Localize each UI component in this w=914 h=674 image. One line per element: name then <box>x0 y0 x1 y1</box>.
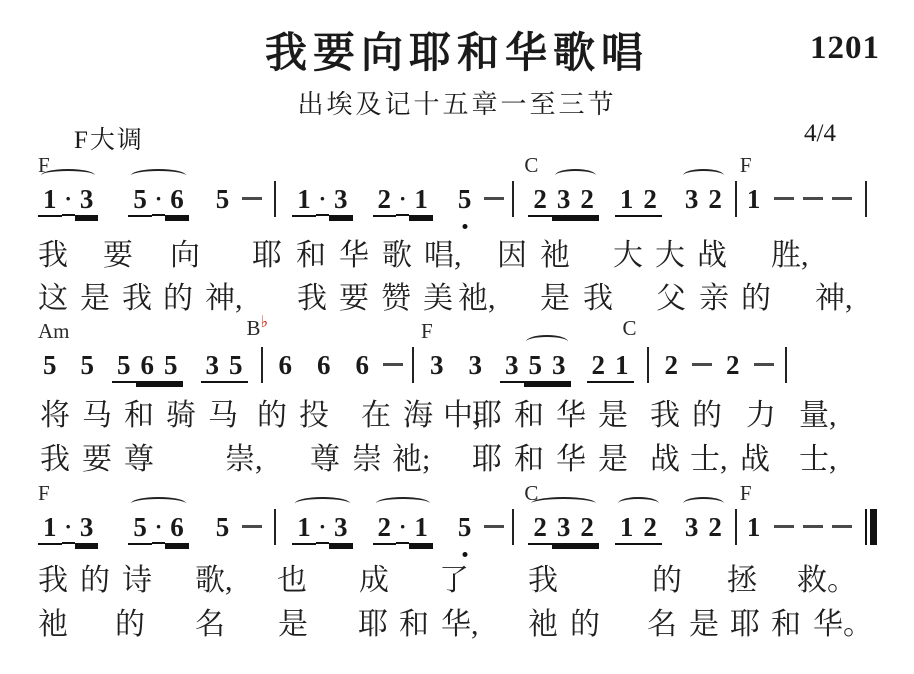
note-digit: 5 <box>128 512 152 545</box>
slur-arc <box>131 169 185 182</box>
note-digit: 5 <box>38 350 62 383</box>
lyric-syllable: 崇, <box>225 443 263 477</box>
note-digit: 2 <box>638 184 662 217</box>
note-group: 2 <box>721 350 745 383</box>
augmentation-dot: · <box>316 184 329 216</box>
note-digit: 1 <box>38 512 62 545</box>
note-group: 2 <box>660 350 684 383</box>
lyric-syllable: 诗 <box>122 564 152 598</box>
note-group: 6 <box>312 350 336 383</box>
note-digit: 2 <box>703 184 727 217</box>
duration-dash <box>803 197 823 200</box>
lyric-syllable: 的 <box>692 399 722 433</box>
duration-dash <box>803 525 823 528</box>
note-digit: 3 <box>201 350 225 383</box>
lyric-syllable: 成 <box>359 564 389 598</box>
note-digit: 5 <box>128 184 152 217</box>
lyric-syllable: 我 <box>650 399 680 433</box>
slur-arc <box>131 497 185 510</box>
lyric-syllable: 华 <box>339 239 369 273</box>
lyric-syllable: 我 <box>38 564 68 598</box>
lyric-syllable: 是 <box>598 443 628 477</box>
augmentation-dot: · <box>152 512 165 544</box>
lyric-syllable: 我 <box>528 564 558 598</box>
lyric-line-1: 我要向耶和华歌唱,因祂大大战胜, <box>0 239 914 275</box>
chord-label: F <box>38 482 50 504</box>
lyric-syllable: 美 <box>423 282 453 316</box>
note-digit: 2 <box>575 184 599 217</box>
note-digit: 5 <box>453 512 477 545</box>
augmentation-dot: · <box>396 184 409 216</box>
note-digit: 2 <box>373 512 397 545</box>
note-digit: 5 <box>211 512 235 545</box>
note-digit: 2 <box>721 350 745 383</box>
lyric-syllable: 亲 <box>699 282 729 316</box>
lyric-syllable: 尊 <box>124 443 154 477</box>
chord-label: F <box>421 320 433 342</box>
lyric-syllable: 骑 <box>166 399 196 433</box>
lyric-syllable: 了 <box>439 564 469 598</box>
lyric-syllable: 的 <box>257 399 287 433</box>
note-digit: 2 <box>587 350 611 383</box>
note-group: 5·6 <box>128 512 188 545</box>
note-digit: 3 <box>680 512 704 545</box>
barline <box>735 181 737 217</box>
lyric-syllable: 父 <box>656 282 686 316</box>
chord-label: Am <box>38 320 70 342</box>
note-digit: 1 <box>38 184 62 217</box>
lyric-syllable: 战 <box>740 443 770 477</box>
note-group: 565 <box>112 350 183 383</box>
note-digit: 2 <box>373 184 397 217</box>
duration-dash <box>242 525 262 528</box>
note-digit: 2 <box>528 184 552 217</box>
lyric-syllable: 救。 <box>797 564 857 598</box>
note-group: 32 <box>680 184 727 217</box>
lyric-syllable: 耶 <box>730 608 760 642</box>
note-group: 353 <box>500 350 571 383</box>
slur-arc <box>618 497 659 510</box>
lyric-syllable: 和 <box>296 239 326 273</box>
note-digit: 5 <box>453 184 477 217</box>
flat-sign: ♭ <box>261 314 269 331</box>
note-group: 2·1 <box>373 512 433 545</box>
lyric-syllable: 名 <box>195 608 225 642</box>
note-digit: 1 <box>292 184 316 217</box>
lyric-syllable: 祂 <box>38 608 68 642</box>
lyric-line-2: 这是我的神,我要赞美祂,是我父亲的神, <box>0 282 914 318</box>
barline: B♭ <box>261 347 263 383</box>
augmentation-dot: · <box>316 512 329 544</box>
duration-dash <box>484 525 504 528</box>
lyric-syllable: 和 <box>399 608 429 642</box>
slur-arc <box>376 497 430 510</box>
lyric-syllable: 神, <box>815 282 853 316</box>
note-group: 5 <box>453 184 477 217</box>
note-digit: 1 <box>615 184 639 217</box>
lyric-syllable: 这 <box>38 282 68 316</box>
time-signature: 4/4 <box>804 120 836 148</box>
lyric-syllable: 耶 <box>472 443 502 477</box>
lyric-syllable: 要 <box>82 443 112 477</box>
note-digit: 1 <box>409 184 433 217</box>
note-digit: 3 <box>464 350 488 383</box>
barline <box>735 509 737 545</box>
lyric-syllable: 和 <box>771 608 801 642</box>
lyric-syllable: 华, <box>441 608 479 642</box>
note-group: 5·6 <box>128 184 188 217</box>
lyric-line-6: 祂的名是耶和华,祂的名是耶和华。 <box>0 608 914 644</box>
note-group: 3 <box>464 350 488 383</box>
lyric-syllable: 投 <box>299 399 329 433</box>
lyric-syllable: 赞 <box>381 282 411 316</box>
slur-arc <box>555 169 596 182</box>
lyric-syllable: 耶 <box>252 239 282 273</box>
note-digit: 3 <box>680 184 704 217</box>
lyric-syllable: 和 <box>124 399 154 433</box>
lyric-syllable: 的 <box>570 608 600 642</box>
lyric-syllable: 名 <box>647 608 677 642</box>
duration-dash <box>242 197 262 200</box>
lyric-syllable: 耶 <box>472 399 502 433</box>
note-digit: 6 <box>165 184 189 217</box>
slur-arc <box>683 169 724 182</box>
note-digit: 2 <box>638 512 662 545</box>
note-digit: 3 <box>329 512 353 545</box>
augmentation-dot: · <box>62 184 75 216</box>
duration-dash <box>484 197 504 200</box>
hymn-title: 我要向耶和华歌唱 <box>0 20 914 80</box>
note-digit: 5 <box>211 184 235 217</box>
barline <box>274 509 276 545</box>
lyric-syllable: 战 <box>650 443 680 477</box>
lyric-line-4: 我要尊崇,尊崇祂;耶和华是战士,战士, <box>0 443 914 479</box>
lyric-syllable: 的 <box>80 564 110 598</box>
note-group: F3 <box>425 350 449 383</box>
note-group: F1 <box>742 184 766 217</box>
note-digit: 1 <box>292 512 316 545</box>
lyric-syllable: 向 <box>170 239 200 273</box>
lyric-syllable: 的 <box>115 608 145 642</box>
note-digit: 3 <box>329 184 353 217</box>
note-digit: 3 <box>552 184 576 217</box>
note-digit: 1 <box>742 512 766 545</box>
duration-dash <box>754 363 774 366</box>
lyric-syllable: 歌 <box>382 239 412 273</box>
notation-line-3: F1·35·651·32·15C2321232F1 <box>0 512 914 570</box>
duration-dash <box>774 197 794 200</box>
note-digit: 3 <box>425 350 449 383</box>
note-digit: 1 <box>610 350 634 383</box>
lyric-syllable: 海 <box>403 399 433 433</box>
note-group: 5 <box>453 512 477 545</box>
chord-label: C <box>524 154 538 176</box>
lyric-syllable: 耶 <box>358 608 388 642</box>
lyric-syllable: 马 <box>82 399 112 433</box>
note-group: 1·3 <box>292 184 352 217</box>
note-digit: 5 <box>112 350 136 383</box>
hymn-sheet: 我要向耶和华歌唱 1201 出埃及记十五章一至三节 F大调 4/4 F1·35·… <box>0 0 914 674</box>
lyric-syllable: 华。 <box>813 608 873 642</box>
note-digit: 5 <box>224 350 248 383</box>
lyric-syllable: 大 <box>655 239 685 273</box>
duration-dash <box>692 363 712 366</box>
note-group: 5 <box>76 350 100 383</box>
lyric-syllable: 马 <box>208 399 238 433</box>
note-group: 6 <box>274 350 298 383</box>
lyric-syllable: 歌, <box>195 564 233 598</box>
note-group: 6 <box>351 350 375 383</box>
note-group: Am5 <box>38 350 62 383</box>
lyric-syllable: 要 <box>103 239 133 273</box>
lyric-line-5: 我的诗歌,也成了我的拯救。 <box>0 564 914 600</box>
augmentation-dot: · <box>396 512 409 544</box>
note-digit: 3 <box>75 512 99 545</box>
final-barline <box>865 509 877 545</box>
chord-label: F <box>740 154 752 176</box>
lyric-syllable: 我 <box>38 239 68 273</box>
lyric-syllable: 的 <box>163 282 193 316</box>
lyric-syllable: 华 <box>556 443 586 477</box>
note-digit: 2 <box>575 512 599 545</box>
lyric-syllable: 我 <box>297 282 327 316</box>
note-digit: 6 <box>165 512 189 545</box>
note-group: 21 <box>587 350 634 383</box>
lyric-syllable: 我 <box>583 282 613 316</box>
lyric-syllable: 和 <box>514 399 544 433</box>
slur-arc <box>295 497 349 510</box>
augmentation-dot: · <box>62 512 75 544</box>
barline <box>785 347 787 383</box>
chord-label: C <box>524 482 538 504</box>
chord-label: C <box>623 317 637 339</box>
chord-label: B♭ <box>247 317 269 339</box>
slur-arc <box>531 497 596 510</box>
barline <box>512 181 514 217</box>
note-group: 5 <box>211 184 235 217</box>
note-digit: 6 <box>312 350 336 383</box>
lyric-syllable: 要 <box>339 282 369 316</box>
lyric-syllable: 神, <box>205 282 243 316</box>
note-group: F1·3 <box>38 512 98 545</box>
hymn-number: 1201 <box>810 30 880 67</box>
final-bar-thick-line <box>870 509 877 545</box>
notation-line-1: F1·35·651·32·15C2321232F1 <box>0 184 914 242</box>
note-digit: 6 <box>351 350 375 383</box>
note-digit: 6 <box>136 350 160 383</box>
note-digit: 3 <box>547 350 571 383</box>
note-digit: 1 <box>409 512 433 545</box>
lyric-syllable: 是 <box>598 399 628 433</box>
lyric-syllable: 祂, <box>458 282 496 316</box>
lyric-syllable: 因 <box>497 239 527 273</box>
note-group: 5 <box>211 512 235 545</box>
barline <box>274 181 276 217</box>
duration-dash <box>832 197 852 200</box>
note-digit: 5 <box>159 350 183 383</box>
slur-arc <box>683 497 724 510</box>
note-group: 32 <box>680 512 727 545</box>
hymn-subtitle: 出埃及记十五章一至三节 <box>0 84 914 121</box>
note-group: 35 <box>201 350 248 383</box>
barline <box>412 347 414 383</box>
lyric-syllable: 也 <box>277 564 307 598</box>
lyric-syllable: 在 <box>361 399 391 433</box>
duration-dash <box>774 525 794 528</box>
lyric-syllable: 华 <box>556 399 586 433</box>
duration-dash <box>832 525 852 528</box>
note-group: C232 <box>528 512 599 545</box>
note-group: C232 <box>528 184 599 217</box>
barline <box>865 181 867 217</box>
lyric-syllable: 崇 <box>352 443 382 477</box>
chord-label: F <box>38 154 50 176</box>
lyric-syllable: 是 <box>689 608 719 642</box>
lyric-syllable: 士, <box>799 443 837 477</box>
note-digit: 5 <box>76 350 100 383</box>
lyric-syllable: 士, <box>690 443 728 477</box>
slur-arc <box>526 335 567 348</box>
lyric-syllable: 和 <box>514 443 544 477</box>
note-digit: 3 <box>75 184 99 217</box>
note-group: 12 <box>615 184 662 217</box>
note-group: F1·3 <box>38 184 98 217</box>
note-group: 1·3 <box>292 512 352 545</box>
lyric-syllable: 的 <box>652 564 682 598</box>
augmentation-dot: · <box>152 184 165 216</box>
lyric-syllable: 祂; <box>392 443 430 477</box>
lyric-syllable: 祂 <box>540 239 570 273</box>
note-group: F1 <box>742 512 766 545</box>
lyric-syllable: 战 <box>697 239 727 273</box>
lyric-syllable: 力 <box>746 399 776 433</box>
note-digit: 6 <box>274 350 298 383</box>
lyric-syllable: 我 <box>40 443 70 477</box>
note-digit: 5 <box>524 350 548 383</box>
chord-root: B <box>247 316 261 340</box>
lyric-syllable: 将 <box>40 399 70 433</box>
lyric-syllable: 是 <box>278 608 308 642</box>
barline <box>512 509 514 545</box>
lyric-syllable: 胜, <box>771 239 809 273</box>
lyric-syllable: 是 <box>540 282 570 316</box>
note-digit: 1 <box>615 512 639 545</box>
note-digit: 2 <box>703 512 727 545</box>
lyric-syllable: 尊 <box>310 443 340 477</box>
note-group: 2·1 <box>373 184 433 217</box>
lyric-syllable: 我 <box>122 282 152 316</box>
lyric-syllable: 大 <box>613 239 643 273</box>
lyric-syllable: 祂 <box>528 608 558 642</box>
note-group: 12 <box>615 512 662 545</box>
note-digit: 2 <box>660 350 684 383</box>
duration-dash <box>383 363 403 366</box>
lyric-syllable: 唱, <box>424 239 462 273</box>
lyric-syllable: 的 <box>741 282 771 316</box>
lyric-syllable: 拯 <box>727 564 757 598</box>
chord-label: F <box>740 482 752 504</box>
note-digit: 2 <box>528 512 552 545</box>
barline: C <box>647 347 649 383</box>
lyric-line-3: 将马和骑马的投在海中;耶和华是我的力量, <box>0 399 914 435</box>
lyric-syllable: 量, <box>799 399 837 433</box>
note-digit: 3 <box>552 512 576 545</box>
key-signature: F大调 <box>74 120 144 156</box>
note-digit: 1 <box>742 184 766 217</box>
note-digit: 3 <box>500 350 524 383</box>
final-bar-thin-line <box>865 509 867 545</box>
lyric-syllable: 是 <box>80 282 110 316</box>
